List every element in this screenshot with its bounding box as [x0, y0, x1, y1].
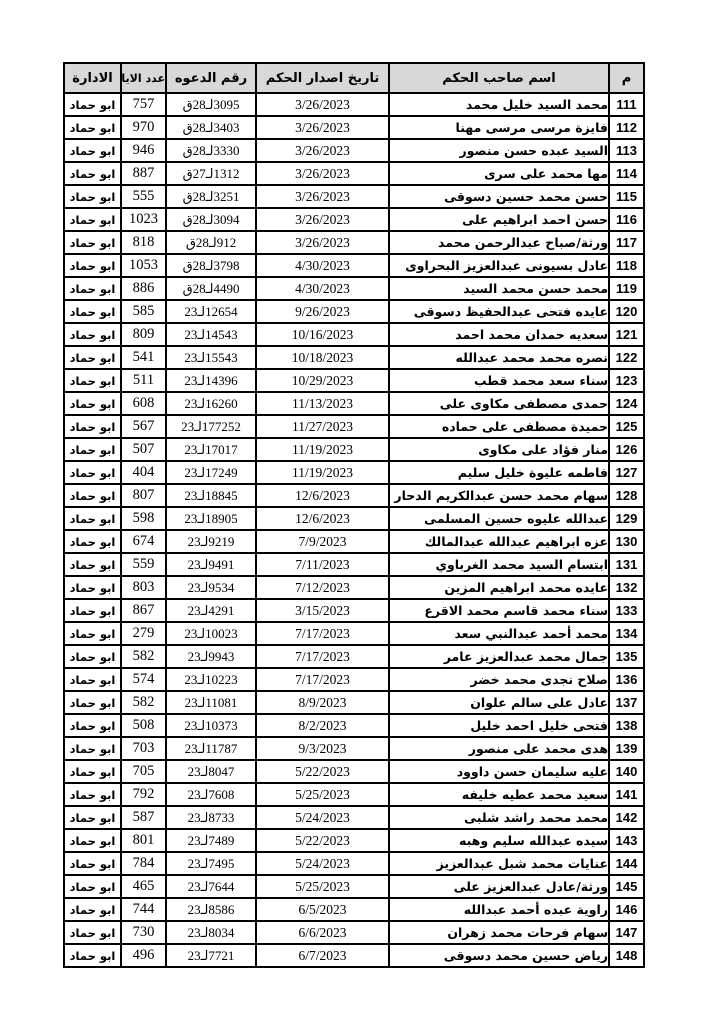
days-cell: 970: [121, 116, 166, 139]
row-number-cell: 111: [609, 93, 644, 116]
date-cell: 7/9/2023: [256, 530, 389, 553]
date-cell: 11/19/2023: [256, 438, 389, 461]
date-cell: 3/26/2023: [256, 162, 389, 185]
name-cell: جمال محمد عبدالعزيز عامر: [389, 645, 609, 668]
date-cell: 5/25/2023: [256, 875, 389, 898]
table-row: 130 عزه ابراهيم عبدالله عبدالمالك 7/9/20…: [64, 530, 644, 553]
days-cell: 507: [121, 438, 166, 461]
administration-cell: ابو حماد: [64, 346, 121, 369]
table-row: 125 حميدة مصطفى على حماده 11/27/2023 177…: [64, 415, 644, 438]
date-cell: 5/24/2023: [256, 806, 389, 829]
table-row: 114 مها محمد على سرى 3/26/2023 1312لـ27ق…: [64, 162, 644, 185]
days-cell: 809: [121, 323, 166, 346]
case-number-cell: 9534لـ23: [166, 576, 256, 599]
table-row: 129 عبدالله عليوه حسين المسلمى 12/6/2023…: [64, 507, 644, 530]
header-case-number: رقم الدعوه: [166, 63, 256, 93]
date-cell: 6/5/2023: [256, 898, 389, 921]
case-number-cell: 7644لـ23: [166, 875, 256, 898]
table-row: 142 محمد محمد راشد شلبى 5/24/2023 8733لـ…: [64, 806, 644, 829]
days-cell: 598: [121, 507, 166, 530]
name-cell: عادل على سالم علوان: [389, 691, 609, 714]
days-cell: 511: [121, 369, 166, 392]
date-cell: 7/11/2023: [256, 553, 389, 576]
name-cell: ورثة/عادل عبدالعزيز على: [389, 875, 609, 898]
administration-cell: ابو حماد: [64, 875, 121, 898]
table-row: 138 فتحى خليل احمد خليل 8/2/2023 10373لـ…: [64, 714, 644, 737]
case-number-cell: 17017لـ23: [166, 438, 256, 461]
administration-cell: ابو حماد: [64, 116, 121, 139]
date-cell: 3/26/2023: [256, 185, 389, 208]
name-cell: سعيد محمد عطيه خليفه: [389, 783, 609, 806]
table-body: 111 محمد السيد خليل محمد 3/26/2023 3095ل…: [64, 93, 644, 967]
date-cell: 9/3/2023: [256, 737, 389, 760]
administration-cell: ابو حماد: [64, 852, 121, 875]
row-number-cell: 117: [609, 231, 644, 254]
days-cell: 703: [121, 737, 166, 760]
table-row: 117 ورثة/صباح عبدالرحمن محمد 3/26/2023 9…: [64, 231, 644, 254]
name-cell: عادل بسيونى عبدالعزيز البحراوى: [389, 254, 609, 277]
administration-cell: ابو حماد: [64, 553, 121, 576]
table-row: 115 حسن محمد حسين دسوقى 3/26/2023 3251لـ…: [64, 185, 644, 208]
date-cell: 10/29/2023: [256, 369, 389, 392]
days-cell: 784: [121, 852, 166, 875]
name-cell: رياض حسين محمد دسوقى: [389, 944, 609, 967]
administration-cell: ابو حماد: [64, 323, 121, 346]
name-cell: السيد عبده حسن منصور: [389, 139, 609, 162]
date-cell: 11/19/2023: [256, 461, 389, 484]
header-days: عدد الايام: [121, 63, 166, 93]
administration-cell: ابو حماد: [64, 208, 121, 231]
row-number-cell: 143: [609, 829, 644, 852]
date-cell: 7/12/2023: [256, 576, 389, 599]
row-number-cell: 126: [609, 438, 644, 461]
row-number-cell: 147: [609, 921, 644, 944]
administration-cell: ابو حماد: [64, 507, 121, 530]
date-cell: 7/17/2023: [256, 668, 389, 691]
days-cell: 1053: [121, 254, 166, 277]
days-cell: 608: [121, 392, 166, 415]
name-cell: فايزة مرسى مرسى مهنا: [389, 116, 609, 139]
table-row: 143 سيده عبدالله سليم وهبه 5/22/2023 748…: [64, 829, 644, 852]
case-number-cell: 9943لـ23: [166, 645, 256, 668]
administration-cell: ابو حماد: [64, 714, 121, 737]
days-cell: 803: [121, 576, 166, 599]
days-cell: 404: [121, 461, 166, 484]
administration-cell: ابو حماد: [64, 829, 121, 852]
case-number-cell: 12654لـ23: [166, 300, 256, 323]
days-cell: 867: [121, 599, 166, 622]
days-cell: 1023: [121, 208, 166, 231]
row-number-cell: 130: [609, 530, 644, 553]
date-cell: 11/13/2023: [256, 392, 389, 415]
header-date: تاريخ اصدار الحكم: [256, 63, 389, 93]
days-cell: 587: [121, 806, 166, 829]
days-cell: 508: [121, 714, 166, 737]
table-row: 113 السيد عبده حسن منصور 3/26/2023 3330ل…: [64, 139, 644, 162]
row-number-cell: 129: [609, 507, 644, 530]
date-cell: 5/22/2023: [256, 760, 389, 783]
administration-cell: ابو حماد: [64, 944, 121, 967]
row-number-cell: 122: [609, 346, 644, 369]
date-cell: 4/30/2023: [256, 254, 389, 277]
table-row: 134 محمد أحمد عبدالنبي سعد 7/17/2023 100…: [64, 622, 644, 645]
row-number-cell: 137: [609, 691, 644, 714]
administration-cell: ابو حماد: [64, 737, 121, 760]
days-cell: 705: [121, 760, 166, 783]
date-cell: 11/27/2023: [256, 415, 389, 438]
row-number-cell: 123: [609, 369, 644, 392]
row-number-cell: 124: [609, 392, 644, 415]
administration-cell: ابو حماد: [64, 760, 121, 783]
administration-cell: ابو حماد: [64, 576, 121, 599]
row-number-cell: 136: [609, 668, 644, 691]
case-number-cell: 8047لـ23: [166, 760, 256, 783]
table-row: 141 سعيد محمد عطيه خليفه 5/25/2023 7608ل…: [64, 783, 644, 806]
case-number-cell: 3251لـ28ق: [166, 185, 256, 208]
days-cell: 559: [121, 553, 166, 576]
table-row: 147 سهام فرحات محمد زهران 6/6/2023 8034ل…: [64, 921, 644, 944]
days-cell: 886: [121, 277, 166, 300]
administration-cell: ابو حماد: [64, 300, 121, 323]
administration-cell: ابو حماد: [64, 599, 121, 622]
administration-cell: ابو حماد: [64, 530, 121, 553]
days-cell: 279: [121, 622, 166, 645]
date-cell: 3/26/2023: [256, 93, 389, 116]
row-number-cell: 132: [609, 576, 644, 599]
days-cell: 567: [121, 415, 166, 438]
administration-cell: ابو حماد: [64, 898, 121, 921]
case-number-cell: 11081لـ23: [166, 691, 256, 714]
row-number-cell: 127: [609, 461, 644, 484]
judgments-table: م اسم صاحب الحكم تاريخ اصدار الحكم رقم ا…: [63, 62, 645, 968]
administration-cell: ابو حماد: [64, 277, 121, 300]
administration-cell: ابو حماد: [64, 392, 121, 415]
row-number-cell: 118: [609, 254, 644, 277]
table-row: 112 فايزة مرسى مرسى مهنا 3/26/2023 3403ل…: [64, 116, 644, 139]
administration-cell: ابو حماد: [64, 461, 121, 484]
table-row: 137 عادل على سالم علوان 8/9/2023 11081لـ…: [64, 691, 644, 714]
case-number-cell: 18905لـ23: [166, 507, 256, 530]
case-number-cell: 4490لـ28ق: [166, 277, 256, 300]
row-number-cell: 114: [609, 162, 644, 185]
table-row: 123 سناء سعد محمد قطب 10/29/2023 14396لـ…: [64, 369, 644, 392]
days-cell: 674: [121, 530, 166, 553]
name-cell: محمد أحمد عبدالنبي سعد: [389, 622, 609, 645]
table-row: 139 هدى محمد على منصور 9/3/2023 11787لـ2…: [64, 737, 644, 760]
table-row: 120 عايده فتحى عبدالحفيظ دسوقى 9/26/2023…: [64, 300, 644, 323]
name-cell: نصره محمد محمد عبدالله: [389, 346, 609, 369]
date-cell: 3/26/2023: [256, 208, 389, 231]
header-name: اسم صاحب الحكم: [389, 63, 609, 93]
table-row: 124 حمدى مصطفى مكاوى على 11/13/2023 1626…: [64, 392, 644, 415]
name-cell: منار فؤاد على مكاوى: [389, 438, 609, 461]
name-cell: صلاح نجدى محمد خضر: [389, 668, 609, 691]
case-number-cell: 9219لـ23: [166, 530, 256, 553]
row-number-cell: 144: [609, 852, 644, 875]
date-cell: 10/18/2023: [256, 346, 389, 369]
date-cell: 8/9/2023: [256, 691, 389, 714]
table-row: 121 سعديه حمدان محمد احمد 10/16/2023 145…: [64, 323, 644, 346]
administration-cell: ابو حماد: [64, 484, 121, 507]
table-row: 127 فاطمه عليوة خليل سليم 11/19/2023 172…: [64, 461, 644, 484]
name-cell: محمد حسن محمد السيد: [389, 277, 609, 300]
name-cell: سناء محمد قاسم محمد الاقرع: [389, 599, 609, 622]
name-cell: سناء سعد محمد قطب: [389, 369, 609, 392]
table-row: 146 راوية عبده أحمد عبدالله 6/5/2023 858…: [64, 898, 644, 921]
administration-cell: ابو حماد: [64, 162, 121, 185]
case-number-cell: 8034لـ23: [166, 921, 256, 944]
date-cell: 9/26/2023: [256, 300, 389, 323]
table-row: 133 سناء محمد قاسم محمد الاقرع 3/15/2023…: [64, 599, 644, 622]
name-cell: محمد محمد راشد شلبى: [389, 806, 609, 829]
name-cell: سهام محمد حسن عبدالكريم الدحار: [389, 484, 609, 507]
case-number-cell: 16260لـ23: [166, 392, 256, 415]
case-number-cell: 9491لـ23: [166, 553, 256, 576]
name-cell: هدى محمد على منصور: [389, 737, 609, 760]
days-cell: 887: [121, 162, 166, 185]
administration-cell: ابو حماد: [64, 415, 121, 438]
row-number-cell: 125: [609, 415, 644, 438]
case-number-cell: 8733لـ23: [166, 806, 256, 829]
table-row: 119 محمد حسن محمد السيد 4/30/2023 4490لـ…: [64, 277, 644, 300]
name-cell: مها محمد على سرى: [389, 162, 609, 185]
case-number-cell: 3798لـ28ق: [166, 254, 256, 277]
row-number-cell: 131: [609, 553, 644, 576]
header-serial: م: [609, 63, 644, 93]
document-page: م اسم صاحب الحكم تاريخ اصدار الحكم رقم ا…: [0, 0, 724, 1024]
name-cell: سيده عبدالله سليم وهبه: [389, 829, 609, 852]
case-number-cell: 912لـ28ق: [166, 231, 256, 254]
name-cell: راوية عبده أحمد عبدالله: [389, 898, 609, 921]
date-cell: 10/16/2023: [256, 323, 389, 346]
administration-cell: ابو حماد: [64, 93, 121, 116]
days-cell: 541: [121, 346, 166, 369]
date-cell: 5/22/2023: [256, 829, 389, 852]
row-number-cell: 112: [609, 116, 644, 139]
administration-cell: ابو حماد: [64, 185, 121, 208]
table-row: 144 عنايات محمد شبل عبدالعزيز 5/24/2023 …: [64, 852, 644, 875]
administration-cell: ابو حماد: [64, 645, 121, 668]
date-cell: 3/26/2023: [256, 231, 389, 254]
date-cell: 4/30/2023: [256, 277, 389, 300]
row-number-cell: 135: [609, 645, 644, 668]
row-number-cell: 145: [609, 875, 644, 898]
case-number-cell: 7495لـ23: [166, 852, 256, 875]
days-cell: 801: [121, 829, 166, 852]
days-cell: 818: [121, 231, 166, 254]
name-cell: حسن محمد حسين دسوقى: [389, 185, 609, 208]
row-number-cell: 142: [609, 806, 644, 829]
name-cell: حميدة مصطفى على حماده: [389, 415, 609, 438]
case-number-cell: 17249لـ23: [166, 461, 256, 484]
row-number-cell: 133: [609, 599, 644, 622]
row-number-cell: 146: [609, 898, 644, 921]
table-row: 118 عادل بسيونى عبدالعزيز البحراوى 4/30/…: [64, 254, 644, 277]
row-number-cell: 134: [609, 622, 644, 645]
name-cell: ابتسام السيد محمد الغرباوي: [389, 553, 609, 576]
date-cell: 12/6/2023: [256, 484, 389, 507]
header-administration: الادارة: [64, 63, 121, 93]
row-number-cell: 119: [609, 277, 644, 300]
date-cell: 12/6/2023: [256, 507, 389, 530]
case-number-cell: 10373لـ23: [166, 714, 256, 737]
date-cell: 7/17/2023: [256, 645, 389, 668]
row-number-cell: 128: [609, 484, 644, 507]
days-cell: 496: [121, 944, 166, 967]
name-cell: عليه سليمان حسن داوود: [389, 760, 609, 783]
name-cell: عزه ابراهيم عبدالله عبدالمالك: [389, 530, 609, 553]
date-cell: 8/2/2023: [256, 714, 389, 737]
name-cell: عايده محمد ابراهيم المزين: [389, 576, 609, 599]
days-cell: 757: [121, 93, 166, 116]
table-row: 128 سهام محمد حسن عبدالكريم الدحار 12/6/…: [64, 484, 644, 507]
date-cell: 5/24/2023: [256, 852, 389, 875]
table-row: 122 نصره محمد محمد عبدالله 10/18/2023 15…: [64, 346, 644, 369]
row-number-cell: 116: [609, 208, 644, 231]
case-number-cell: 11787لـ23: [166, 737, 256, 760]
case-number-cell: 10223لـ23: [166, 668, 256, 691]
name-cell: سهام فرحات محمد زهران: [389, 921, 609, 944]
case-number-cell: 14543لـ23: [166, 323, 256, 346]
case-number-cell: 4291لـ23: [166, 599, 256, 622]
administration-cell: ابو حماد: [64, 139, 121, 162]
date-cell: 6/7/2023: [256, 944, 389, 967]
table-row: 116 حسن احمد ابراهيم على 3/26/2023 3094ل…: [64, 208, 644, 231]
name-cell: فاطمه عليوة خليل سليم: [389, 461, 609, 484]
date-cell: 6/6/2023: [256, 921, 389, 944]
case-number-cell: 15543لـ23: [166, 346, 256, 369]
name-cell: سعديه حمدان محمد احمد: [389, 323, 609, 346]
days-cell: 574: [121, 668, 166, 691]
name-cell: فتحى خليل احمد خليل: [389, 714, 609, 737]
row-number-cell: 120: [609, 300, 644, 323]
case-number-cell: 3330لـ28ق: [166, 139, 256, 162]
table-row: 126 منار فؤاد على مكاوى 11/19/2023 17017…: [64, 438, 644, 461]
administration-cell: ابو حماد: [64, 783, 121, 806]
days-cell: 585: [121, 300, 166, 323]
days-cell: 807: [121, 484, 166, 507]
case-number-cell: 10023لـ23: [166, 622, 256, 645]
case-number-cell: 3095لـ28ق: [166, 93, 256, 116]
date-cell: 3/26/2023: [256, 139, 389, 162]
case-number-cell: 1312لـ27ق: [166, 162, 256, 185]
case-number-cell: 7608لـ23: [166, 783, 256, 806]
row-number-cell: 141: [609, 783, 644, 806]
row-number-cell: 121: [609, 323, 644, 346]
name-cell: حمدى مصطفى مكاوى على: [389, 392, 609, 415]
date-cell: 5/25/2023: [256, 783, 389, 806]
row-number-cell: 138: [609, 714, 644, 737]
administration-cell: ابو حماد: [64, 369, 121, 392]
date-cell: 3/15/2023: [256, 599, 389, 622]
row-number-cell: 140: [609, 760, 644, 783]
row-number-cell: 148: [609, 944, 644, 967]
administration-cell: ابو حماد: [64, 622, 121, 645]
days-cell: 555: [121, 185, 166, 208]
days-cell: 730: [121, 921, 166, 944]
days-cell: 582: [121, 691, 166, 714]
case-number-cell: 18845لـ23: [166, 484, 256, 507]
days-cell: 744: [121, 898, 166, 921]
name-cell: محمد السيد خليل محمد: [389, 93, 609, 116]
name-cell: عنايات محمد شبل عبدالعزيز: [389, 852, 609, 875]
case-number-cell: 3094لـ28ق: [166, 208, 256, 231]
date-cell: 7/17/2023: [256, 622, 389, 645]
table-row: 136 صلاح نجدى محمد خضر 7/17/2023 10223لـ…: [64, 668, 644, 691]
case-number-cell: 14396لـ23: [166, 369, 256, 392]
administration-cell: ابو حماد: [64, 438, 121, 461]
case-number-cell: 177252لـ23: [166, 415, 256, 438]
case-number-cell: 3403لـ28ق: [166, 116, 256, 139]
table-row: 145 ورثة/عادل عبدالعزيز على 5/25/2023 76…: [64, 875, 644, 898]
case-number-cell: 7721لـ23: [166, 944, 256, 967]
name-cell: حسن احمد ابراهيم على: [389, 208, 609, 231]
date-cell: 3/26/2023: [256, 116, 389, 139]
name-cell: عايده فتحى عبدالحفيظ دسوقى: [389, 300, 609, 323]
table-row: 111 محمد السيد خليل محمد 3/26/2023 3095ل…: [64, 93, 644, 116]
administration-cell: ابو حماد: [64, 231, 121, 254]
administration-cell: ابو حماد: [64, 806, 121, 829]
days-cell: 946: [121, 139, 166, 162]
table-header-row: م اسم صاحب الحكم تاريخ اصدار الحكم رقم ا…: [64, 63, 644, 93]
name-cell: عبدالله عليوه حسين المسلمى: [389, 507, 609, 530]
days-cell: 792: [121, 783, 166, 806]
table-row: 131 ابتسام السيد محمد الغرباوي 7/11/2023…: [64, 553, 644, 576]
table-row: 135 جمال محمد عبدالعزيز عامر 7/17/2023 9…: [64, 645, 644, 668]
name-cell: ورثة/صباح عبدالرحمن محمد: [389, 231, 609, 254]
table-row: 148 رياض حسين محمد دسوقى 6/7/2023 7721لـ…: [64, 944, 644, 967]
days-cell: 582: [121, 645, 166, 668]
administration-cell: ابو حماد: [64, 668, 121, 691]
row-number-cell: 115: [609, 185, 644, 208]
administration-cell: ابو حماد: [64, 254, 121, 277]
days-cell: 465: [121, 875, 166, 898]
administration-cell: ابو حماد: [64, 691, 121, 714]
table-row: 140 عليه سليمان حسن داوود 5/22/2023 8047…: [64, 760, 644, 783]
table-row: 132 عايده محمد ابراهيم المزين 7/12/2023 …: [64, 576, 644, 599]
row-number-cell: 139: [609, 737, 644, 760]
administration-cell: ابو حماد: [64, 921, 121, 944]
case-number-cell: 7489لـ23: [166, 829, 256, 852]
case-number-cell: 8586لـ23: [166, 898, 256, 921]
row-number-cell: 113: [609, 139, 644, 162]
